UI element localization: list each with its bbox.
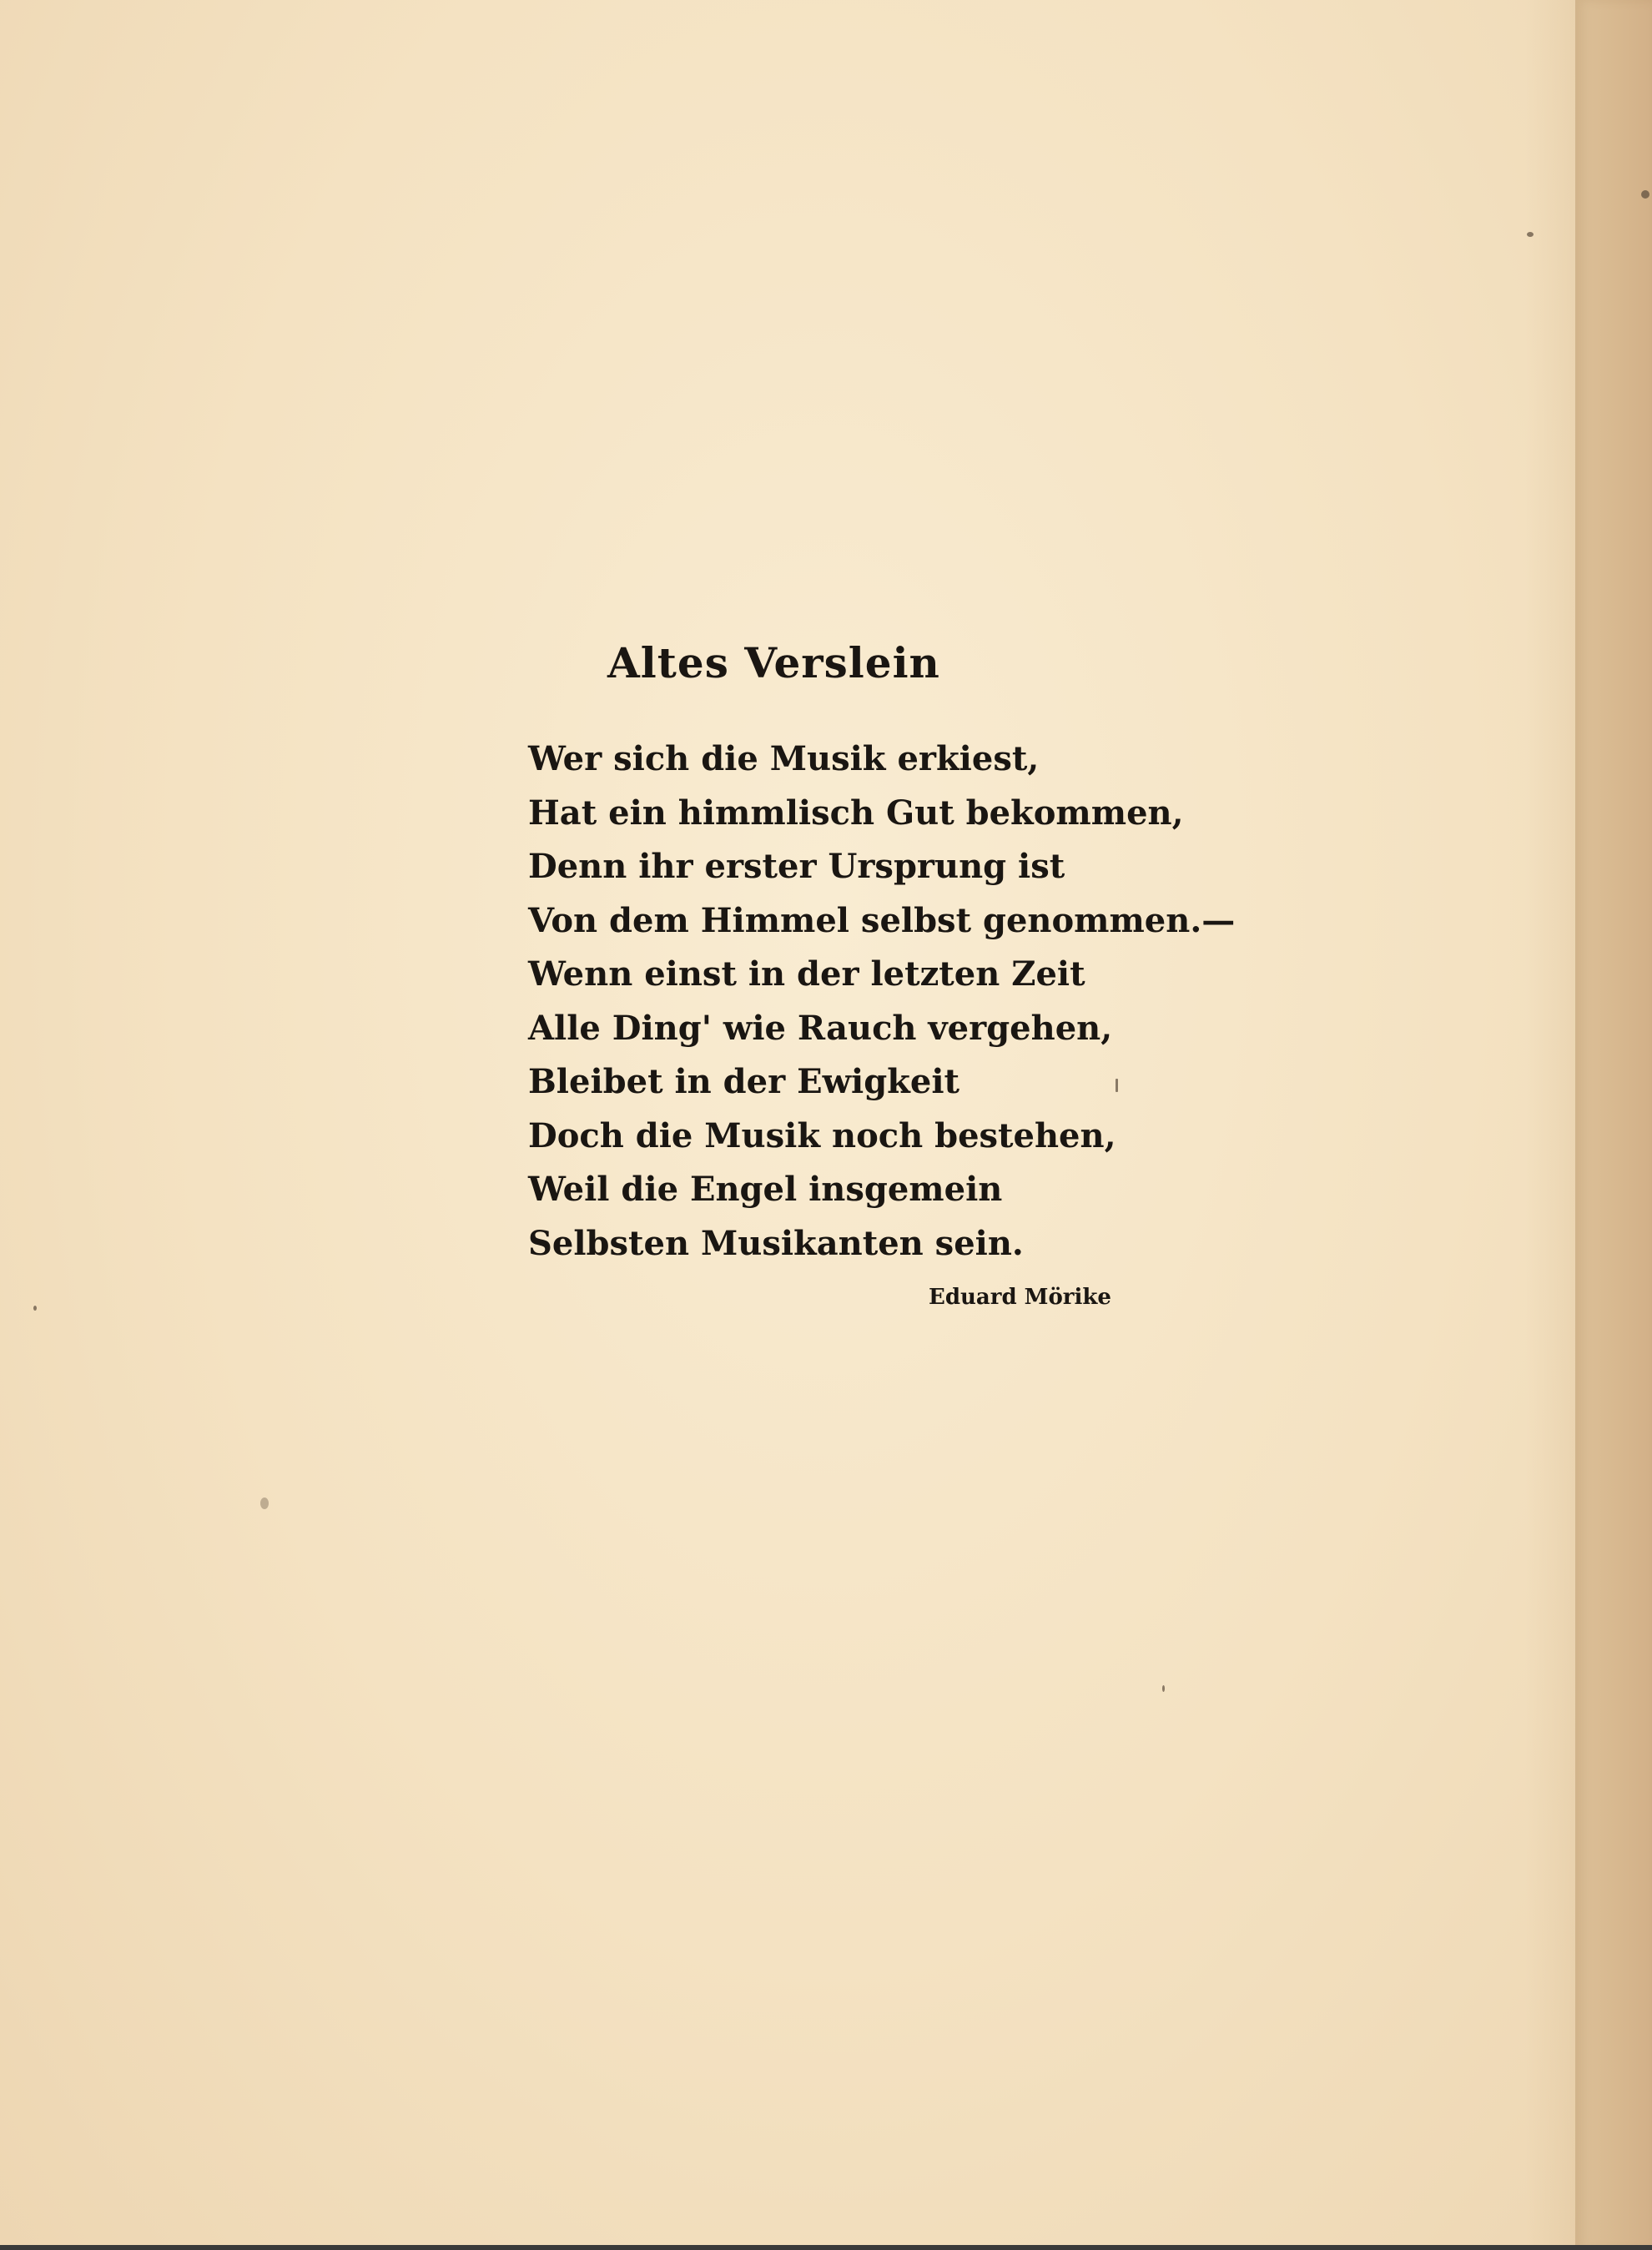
book-page: Altes Verslein Wer sich die Musik erkies… <box>0 0 1652 2250</box>
poem-line: Selbsten Musikanten sein. <box>528 1217 1179 1271</box>
paper-speck <box>260 1497 269 1509</box>
book-spine-edge <box>1575 0 1652 2250</box>
poem-line: Weil die Engel insgemein <box>528 1163 1179 1217</box>
paper-speck <box>1641 190 1649 199</box>
poem-line: Wer sich die Musik erkiest, <box>528 732 1179 787</box>
poem-title: Altes Verslein <box>607 642 1179 709</box>
poem: Altes Verslein Wer sich die Musik erkies… <box>528 642 1179 1271</box>
poem-line: Hat ein himmlisch Gut bekommen, <box>528 787 1179 841</box>
paper-speck <box>33 1306 37 1311</box>
poem-verses: Wer sich die Musik erkiest, Hat ein himm… <box>528 732 1179 1271</box>
poem-line: Doch die Musik noch bestehen, <box>528 1110 1179 1164</box>
poem-line: Bleibet in der Ewigkeit <box>528 1055 1179 1110</box>
poem-line: Wenn einst in der letzten Zeit <box>528 948 1179 1002</box>
paper-speck <box>1162 1685 1165 1692</box>
poem-line: Denn ihr erster Ursprung ist <box>528 840 1179 894</box>
paper-speck <box>1527 232 1534 237</box>
poem-line: Von dem Himmel selbst genommen.— <box>528 894 1179 949</box>
poem-author: Eduard Mörike <box>929 1285 1111 1310</box>
poem-line: Alle Ding' wie Rauch vergehen, <box>528 1002 1179 1056</box>
page-fold-shadow <box>1525 0 1575 2250</box>
scan-bottom-edge <box>0 2245 1652 2250</box>
